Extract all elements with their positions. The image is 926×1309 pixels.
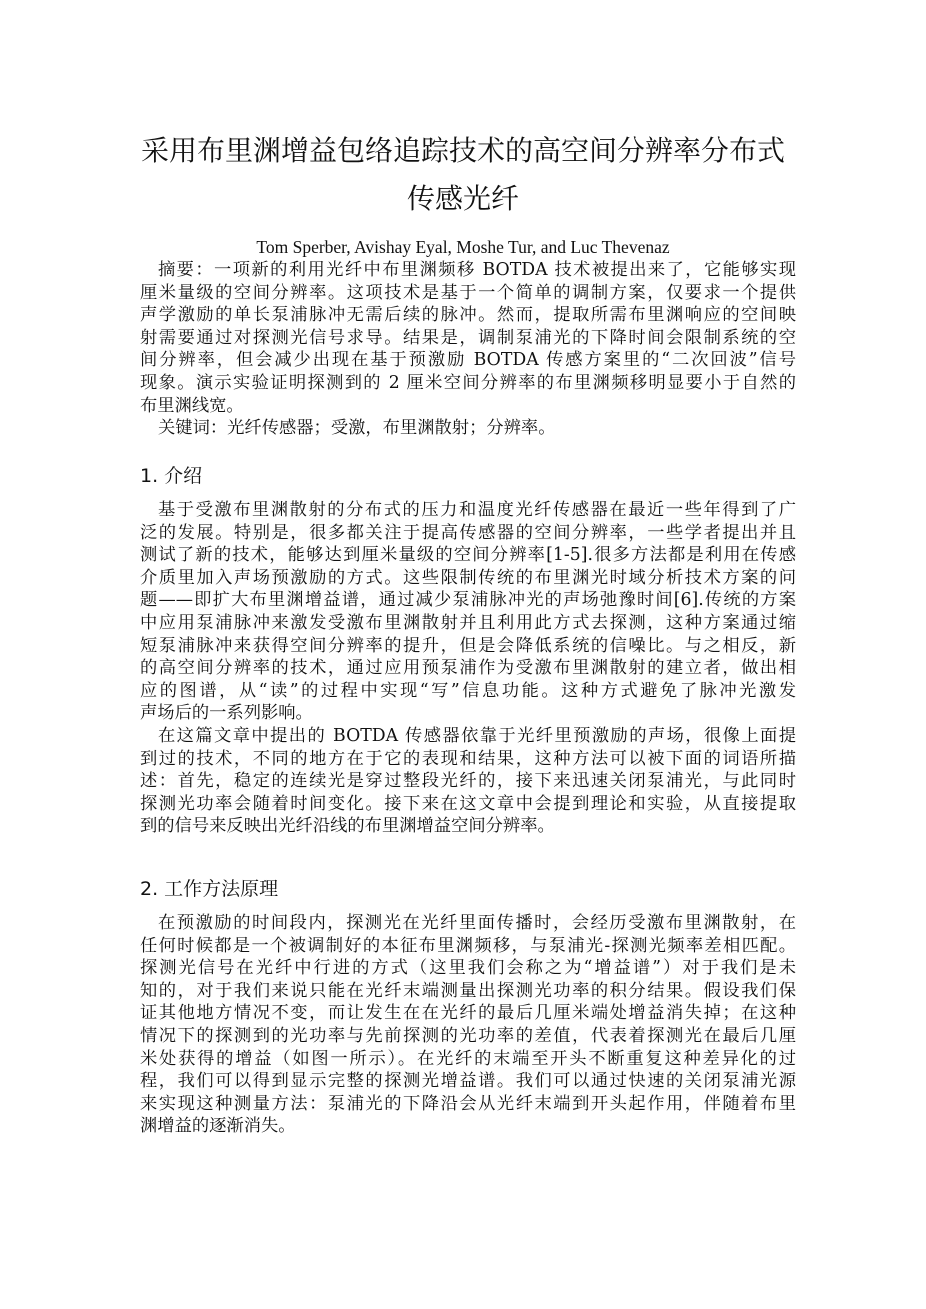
paragraph-line: 来实现这种测量方法：泵浦光的下降沿会从光纤末端到开头起作用，伴随着布里 [140,1093,796,1116]
paragraph-line: 探测光功率会随着时间变化。接下来在这文章中会提到理论和实验，从直接提取 [140,793,796,816]
keywords: 关键词：光纤传感器；受激，布里渊散射；分辨率。 [140,417,796,440]
paragraph-line: 知的，对于我们来说只能在光纤末端测量出探测光功率的积分结果。假设我们保 [140,980,796,1003]
abstract-line: 间分辨率，但会减少出现在基于预激励 BOTDA 传感方案里的“二次回波”信号 [140,349,796,372]
paragraph-line: 渊增益的逐渐消失。 [140,1115,796,1138]
author-list: Tom Sperber, Avishay Eyal, Moshe Tur, an… [0,236,926,258]
section-1-paragraph-2: 在这篇文章中提出的 BOTDA 传感器依靠于光纤里预激励的声场，很像上面提 到过… [140,725,796,838]
section-1-paragraph-1: 基于受激布里渊散射的分布式的压力和温度光纤传感器在最近一些年得到了广 泛的发展。… [140,499,796,725]
paragraph-line: 测试了新的技术，能够达到厘米量级的空间分辨率[1-5].很多方法都是利用在传感 [140,544,796,567]
paragraph-line: 短泵浦脉冲来获得空间分辨率的提升，但是会降低系统的信噪比。与之相反，新 [140,635,796,658]
paragraph-line: 证其他地方情况不变，而让发生在在光纤的最后几厘米端处增益消失掉；在这种 [140,1002,796,1025]
paragraph-line: 情况下的探测到的光功率与先前探测的光功率的差值，代表着探测光在最后几厘 [140,1025,796,1048]
abstract-line: 厘米量级的空间分辨率。这项技术是基于一个简单的调制方案，仅要求一个提供 [140,282,796,305]
paper-page: 采用布里渊增益包络追踪技术的高空间分辨率分布式 传感光纤 Tom Sperber… [0,0,926,1309]
abstract-line: 摘要：一项新的利用光纤中布里渊频移 BOTDA 技术被提出来了，它能够实现 [140,259,796,282]
paragraph-line: 题——即扩大布里渊增益谱，通过减少泵浦脉冲光的声场弛豫时间[6].传统的方案 [140,589,796,612]
paragraph-line: 程，我们可以得到显示完整的探测光增益谱。我们可以通过快速的关闭泵浦光源 [140,1070,796,1093]
paragraph-line: 基于受激布里渊散射的分布式的压力和温度光纤传感器在最近一些年得到了广 [140,499,796,522]
abstract-line: 射需要通过对探测光信号求导。结果是，调制泵浦光的下降时间会限制系统的空 [140,327,796,350]
paragraph-line: 到过的技术，不同的地方在于它的表现和结果，这种方法可以被下面的词语所描 [140,748,796,771]
abstract-line: 声学激励的单长泵浦脉冲无需后续的脉冲。然而，提取所需布里渊响应的空间映 [140,304,796,327]
paper-title-line-2: 传感光纤 [0,181,926,217]
abstract: 摘要：一项新的利用光纤中布里渊频移 BOTDA 技术被提出来了，它能够实现 厘米… [140,259,796,440]
paragraph-line: 米处获得的增益（如图一所示）。在光纤的末端至开头不断重复这种差异化的过 [140,1048,796,1071]
section-2-paragraph-1: 在预激励的时间段内，探测光在光纤里面传播时，会经历受激布里渊散射，在 任何时候都… [140,912,796,1138]
paragraph-line: 述：首先，稳定的连续光是穿过整段光纤的，接下来迅速关闭泵浦光，与此同时 [140,770,796,793]
section-heading-introduction: 1. 介绍 [140,464,202,488]
paragraph-line: 泛的发展。特别是，很多都关注于提高传感器的空间分辨率，一些学者提出并且 [140,522,796,545]
paragraph-line: 到的信号来反映出光纤沿线的布里渊增益空间分辨率。 [140,815,796,838]
paper-title-line-1: 采用布里渊增益包络追踪技术的高空间分辨率分布式 [0,133,926,169]
paragraph-line: 的高空间分辨率的技术，通过应用预泵浦作为受激布里渊散射的建立者，做出相 [140,657,796,680]
paragraph-line: 在这篇文章中提出的 BOTDA 传感器依靠于光纤里预激励的声场，很像上面提 [140,725,796,748]
section-heading-working-principle: 2. 工作方法原理 [140,877,278,901]
paragraph-line: 介质里加入声场预激励的方式。这些限制传统的布里渊光时域分析技术方案的问 [140,567,796,590]
abstract-line: 现象。演示实验证明探测到的 2 厘米空间分辨率的布里渊频移明显要小于自然的 [140,372,796,395]
paragraph-line: 中应用泵浦脉冲来激发受激布里渊散射并且利用此方式去探测，这种方案通过缩 [140,612,796,635]
paragraph-line: 探测光信号在光纤中行进的方式（这里我们会称之为“增益谱”）对于我们是未 [140,957,796,980]
abstract-line: 布里渊线宽。 [140,395,796,418]
paragraph-line: 任何时候都是一个被调制好的本征布里渊频移，与泵浦光-探测光频率差相匹配。 [140,935,796,958]
paragraph-line: 在预激励的时间段内，探测光在光纤里面传播时，会经历受激布里渊散射，在 [140,912,796,935]
paragraph-line: 应的图谱，从“读”的过程中实现“写”信息功能。这种方式避免了脉冲光激发 [140,680,796,703]
paragraph-line: 声场后的一系列影响。 [140,702,796,725]
